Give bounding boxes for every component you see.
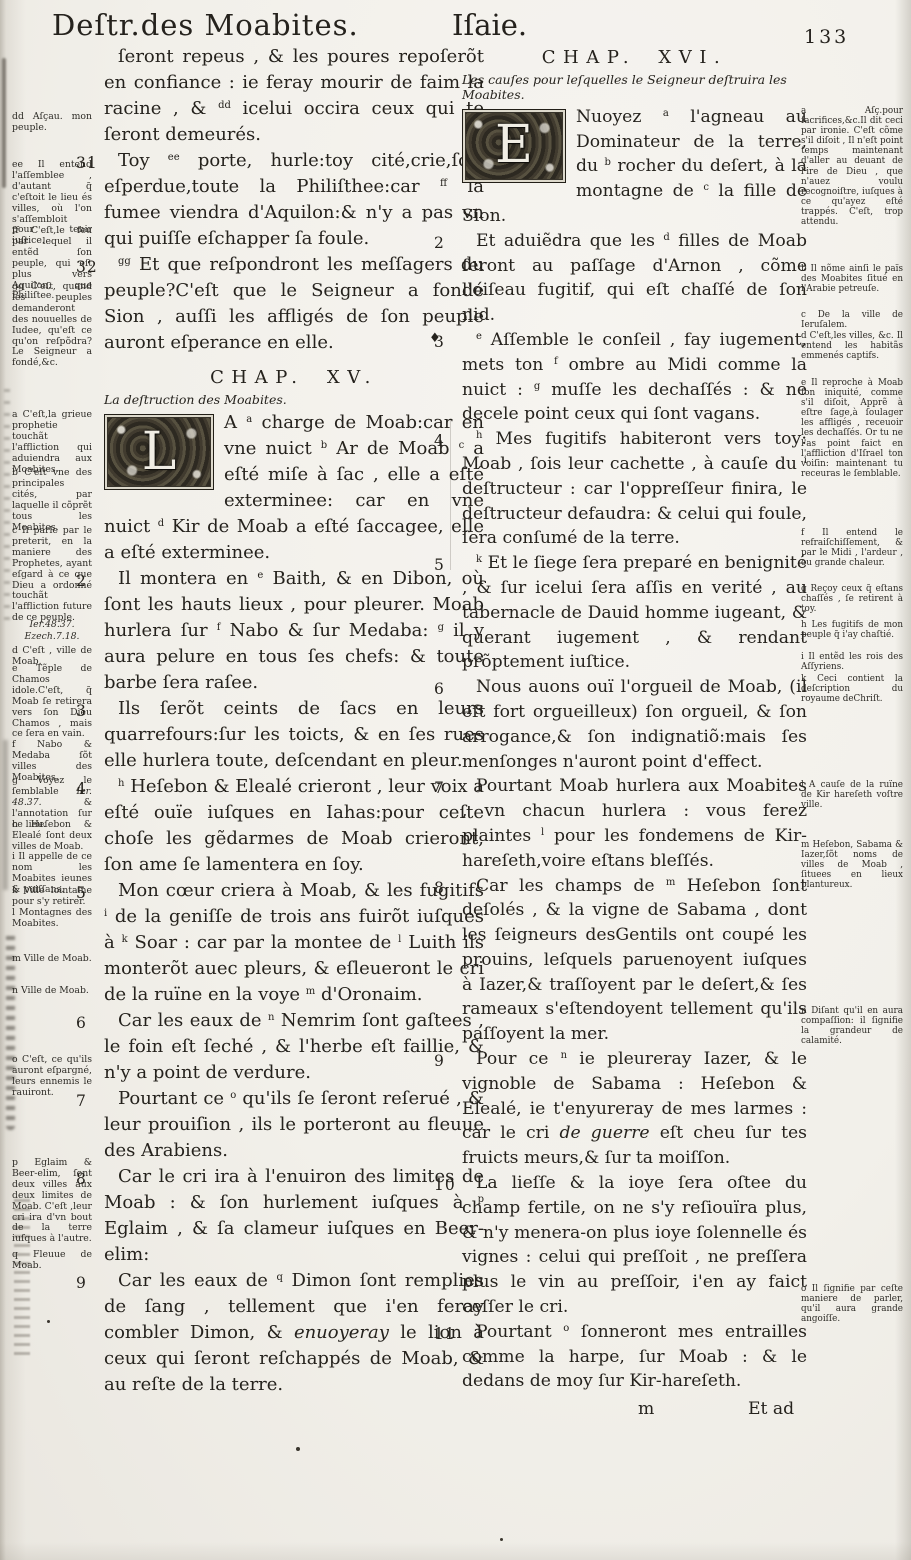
margin-note: m Ville de Moab. — [12, 954, 92, 965]
verse-paragraph: 9Car les eaux de q Dimon ſont remplies d… — [104, 1268, 484, 1398]
ink-speck — [500, 1538, 503, 1541]
verse-text: Et aduiẽdra que les d filles de Moab ſer… — [462, 231, 807, 325]
running-title: Deſtr.des Moabites. — [52, 8, 359, 42]
verse-text: h Heſebon & Elealé crieront , leur voix … — [104, 776, 484, 875]
verse-text: e Aſſemble le conſeil , fay iugement, me… — [462, 330, 807, 424]
verse-paragraph: ſeront repeus , & les poures repoſerõt e… — [104, 44, 484, 148]
verse-paragraph: 11Pourtant o ſonneront mes entrailles co… — [462, 1320, 807, 1394]
verse-number: 5 — [76, 880, 102, 906]
verse-text: Car les eaux de q Dimon ſont remplies de… — [104, 1270, 484, 1395]
verse-number: 7 — [434, 776, 460, 801]
chapter-heading-xv: CHAP. XV. — [104, 365, 484, 391]
verse-number: 9 — [434, 1049, 460, 1074]
ornate-initial-woodcut: E — [462, 109, 566, 183]
verse-text: Toy ee porte, hurle:toy cité,crie,ſois e… — [104, 150, 484, 249]
margin-note: h Heſebon & Elealé ſont deux villes de M… — [12, 820, 92, 853]
margin-note: n Ville de Moab. — [12, 986, 92, 997]
margin-note: Ier.48.37. — [12, 620, 92, 631]
catchword: Et ad — [748, 1397, 794, 1422]
verse-paragraph: 7Pourtant ce o qu'ils ſe ſeront reſerué … — [104, 1086, 484, 1164]
verse-paragraph: 3Ils ſerõt ceints de ſacs en leurs quarr… — [104, 696, 484, 774]
margin-note: gg C'eſt, quand les peuples demanderont … — [12, 282, 92, 369]
verse-text: ſeront repeus , & les poures repoſerõt e… — [104, 46, 484, 145]
drop-cap-letter: L — [105, 415, 213, 489]
verse-text: k Et le ſiege ſera preparé en benignité … — [462, 553, 807, 672]
bleed-through-artifact — [2, 58, 6, 188]
verse-text: Ils ſerõt ceints de ſacs en leurs quarre… — [104, 698, 484, 771]
verse-number: 8 — [434, 876, 460, 901]
page-foot-line: m Et ad — [462, 1397, 807, 1423]
book-name: Iſaie. — [452, 8, 527, 42]
verse-number: 7 — [76, 1088, 102, 1114]
verse-paragraph: 31Toy ee porte, hurle:toy cité,crie,ſois… — [104, 148, 484, 252]
verse-text: Car les eaux de n Nemrim ſont gaſtees , … — [104, 1010, 484, 1083]
margin-note: a C'eſt,la grieue prophetie touchãt l'af… — [12, 410, 92, 475]
margin-note: b Il nõme ainſi le païs des Moabites ſit… — [801, 264, 903, 294]
verse-paragraph: 7Pourtant Moab hurlera aux Moabites , vn… — [462, 774, 807, 873]
verse-number: 4 — [434, 429, 460, 454]
verse-text: Pour ce n ie pleureray Iazer, & le vigno… — [462, 1049, 807, 1168]
verse-number: 32 — [76, 254, 102, 280]
verse-number: 2 — [434, 231, 460, 256]
verse-paragraph: 4h Heſebon & Elealé crieront , leur voix… — [104, 774, 484, 878]
verse-text: Pourtant Moab hurlera aux Moabites , vn … — [462, 776, 807, 870]
chapter-heading-xvi: CHAP. XVI. — [462, 46, 807, 71]
verse-paragraph: 5k Et le ſiege ſera preparé en benignité… — [462, 551, 807, 675]
margin-note: n Diſant qu'il en aura compaſſion: il ſi… — [801, 1006, 903, 1046]
ink-speck — [296, 1447, 300, 1451]
margin-note: o Il ſignifie par ceſte maniere de parle… — [801, 1284, 903, 1324]
verse-number: 9 — [76, 1270, 102, 1296]
verse-number: 10 — [434, 1173, 460, 1198]
verse-paragraph: 2Il montera en e Baith, & en Dibon, où ſ… — [104, 566, 484, 696]
verse-number: 11 — [434, 1322, 460, 1347]
drop-cap-letter: E — [463, 110, 565, 182]
verse-number: 8 — [76, 1166, 102, 1192]
ornate-initial-woodcut: L — [104, 414, 214, 490]
verse-paragraph: 8Car le cri ira à l'enuiron des limites … — [104, 1164, 484, 1268]
verse-number: 5 — [434, 553, 460, 578]
margin-note: c De la ville de Ieruſalem. — [801, 310, 903, 330]
verse-paragraph: 10La lieſſe & la ioye ſera oſtee du cham… — [462, 1171, 807, 1320]
margin-note: a Aſç.pour ſacrifices,&c.Il dit ceci par… — [801, 106, 903, 227]
verse-text: Pourtant o ſonneront mes entrailles comm… — [462, 1322, 807, 1392]
verse-text: gg Et que reſpondront les meſſagers du p… — [104, 254, 484, 353]
chapter-summary-xv: La deſtruction des Moabites. — [104, 392, 484, 407]
right-margin-notes: a Aſç.pour ſacrifices,&c.Il dit ceci par… — [801, 0, 903, 1560]
gutter-diamond-mark: ♦ — [429, 331, 441, 346]
verse-number: 2 — [76, 568, 102, 594]
verse-text: Pourtant ce o qu'ils ſe ſeront reſerué ,… — [104, 1088, 484, 1161]
margin-note: f Il entend le refraiſchiſſement, & par … — [801, 528, 903, 568]
book-page-scan: Deſtr.des Moabites. Iſaie. 133 dd Aſçau.… — [0, 0, 911, 1560]
verse-number: 3 — [76, 698, 102, 724]
verse-number: 4 — [76, 776, 102, 802]
verse-paragraph: 6Car les eaux de n Nemrim ſont gaſtees ,… — [104, 1008, 484, 1086]
verse-paragraph: 9Pour ce n ie pleureray Iazer, & le vign… — [462, 1047, 807, 1171]
verse-paragraph: 8Car les champs de m Heſebon ſont deſolé… — [462, 874, 807, 1048]
verse-text: h Mes fugitifs habiteront vers toy: Moab… — [462, 429, 807, 548]
right-text-column: CHAP. XVI. Les cauſes pour leſquelles le… — [462, 46, 807, 1423]
verse-number: 31 — [76, 150, 102, 176]
margin-note: k Ceci contient la deſcription du royaum… — [801, 674, 903, 704]
margin-note: h Les fugitifs de mon peuple q̃ i'ay cha… — [801, 620, 903, 640]
margin-note: dd Aſçau. mon peuple. — [12, 112, 92, 134]
margin-note: q Fleuue de Moab. — [12, 1250, 92, 1272]
margin-note: l Montagnes des Moabites. — [12, 908, 92, 930]
verse-number: 6 — [76, 1010, 102, 1036]
margin-note: Ezech.7.18. — [12, 632, 92, 643]
signature-mark: m — [638, 1397, 654, 1422]
verse-paragraph: 2Et aduiẽdra que les d filles de Moab ſe… — [462, 229, 807, 328]
margin-note: m Heſebon, Sabama & Iazer,ſõt noms de vi… — [801, 840, 903, 890]
verse-text: Car les champs de m Heſebon ſont deſolés… — [462, 876, 807, 1045]
margin-note: l A cauſe de la ruïne de Kir hareſeth vo… — [801, 780, 903, 810]
bleed-through-artifact — [3, 740, 8, 890]
left-text-column: ſeront repeus , & les poures repoſerõt e… — [104, 44, 484, 1398]
verse-paragraph: 4h Mes fugitifs habiteront vers toy: Moa… — [462, 427, 807, 551]
verse-text: Il montera en e Baith, & en Dibon, où ſo… — [104, 568, 484, 693]
verse-text: Nous auons ouï l'orgueil de Moab, (il eſ… — [462, 677, 807, 771]
verse-paragraph: 3e Aſſemble le conſeil , fay iugement, m… — [462, 328, 807, 427]
verse-paragraph: E Nuoyez a l'agneau au Dominateur de la … — [462, 105, 807, 229]
verse-paragraph: 6Nous auons ouï l'orgueil de Moab, (il e… — [462, 675, 807, 774]
verse-text: Car le cri ira à l'enuiron des limites d… — [104, 1166, 484, 1265]
verse-text: La lieſſe & la ioye ſera oſtee du champ … — [462, 1173, 807, 1317]
verse-paragraph: L A a charge de Moab:car en vne nuict b … — [104, 410, 484, 566]
verse-paragraph: 5Mon cœur criera à Moab, & les fugitifs … — [104, 878, 484, 1008]
margin-note: e Il reproche à Moab ſon iniquité, comme… — [801, 378, 903, 479]
verse-number: 6 — [434, 677, 460, 702]
verse-text: Mon cœur criera à Moab, & les fugitifs i… — [104, 880, 484, 1005]
margin-note: i Il entẽd les rois des Aſſyriens. — [801, 652, 903, 672]
bleed-through-artifact — [4, 380, 10, 620]
margin-note: b C'eſt vne des principales cités, par l… — [12, 468, 92, 533]
chapter-summary-xvi: Les cauſes pour leſquelles le Seigneur d… — [462, 72, 807, 102]
margin-note: d C'eſt,les villes, &c. Il entend les ha… — [801, 331, 903, 361]
verse-paragraph: 32gg Et que reſpondront les meſſagers du… — [104, 252, 484, 356]
margin-note: g Reçoy ceux q̃ eſtans chaſſés , ſe reti… — [801, 584, 903, 614]
